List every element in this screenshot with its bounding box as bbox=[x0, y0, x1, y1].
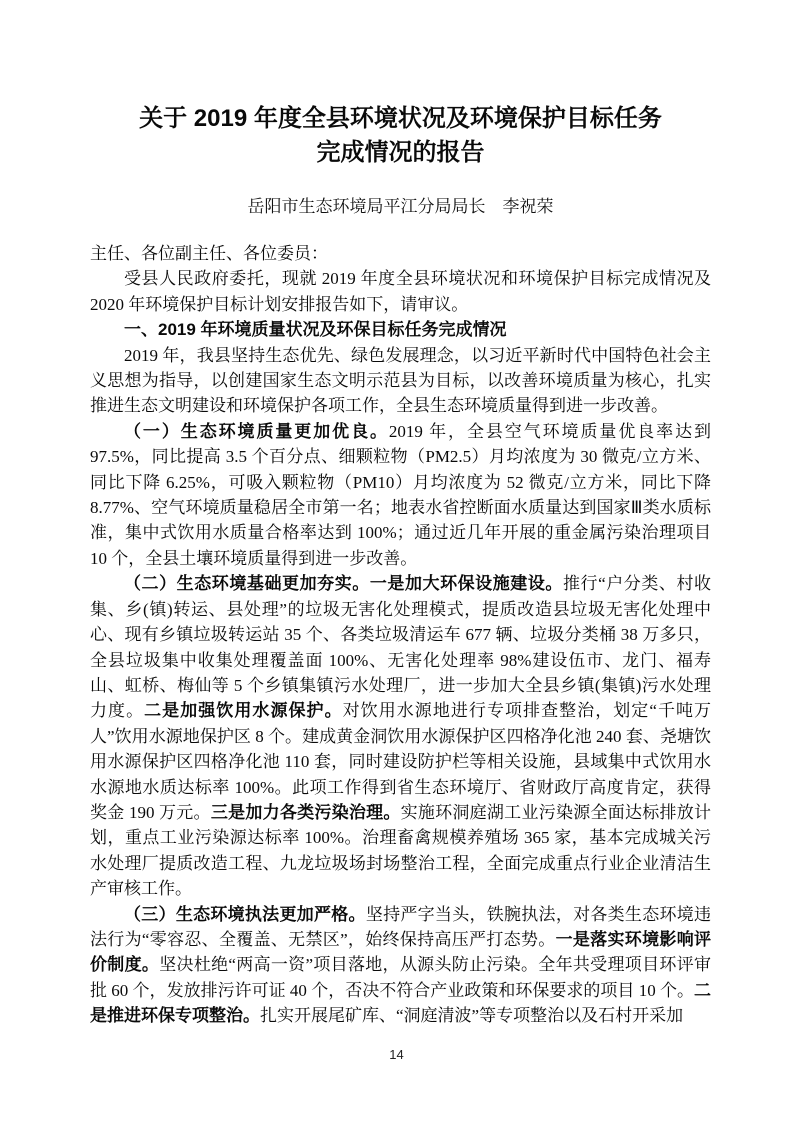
document-content: 关于 2019 年度全县环境状况及环境保护目标任务 完成情况的报告 岳阳市生态环… bbox=[90, 0, 711, 1029]
run-text: 推行“户分类、村收集、乡(镇)转运、县处理”的垃圾无害化处理模式，提质改造县垃圾… bbox=[90, 574, 711, 720]
run-bold: 三是加力各类污染治理。 bbox=[211, 803, 401, 822]
page-number: 14 bbox=[0, 1047, 793, 1062]
run-text: 坚决杜绝“两高一资”项目落地，从源头防止污染。全年共受理项目环评审批 60 个，… bbox=[90, 955, 711, 999]
paragraph-env-enforcement: （三）生态环境执法更加严格。坚持严字当头，铁腕执法，对各类生态环境违法行为“零容… bbox=[90, 902, 711, 1029]
document-body: 主任、各位副主任、各位委员： 受县人民政府委托，现就 2019 年度全县环境状况… bbox=[90, 241, 711, 1029]
paragraph-env-quality: （一）生态环境质量更加优良。2019 年，全县空气环境质量优良率达到 97.5%… bbox=[90, 419, 711, 571]
run-text: 2019 年，全县空气环境质量优良率达到 97.5%，同比提高 3.5 个百分点… bbox=[90, 422, 711, 568]
run-text: 扎实开展尾矿库、“洞庭清波”等专项整治以及石村开采加 bbox=[260, 1006, 683, 1025]
paragraph-env-foundation: （二）生态环境基础更加夯实。一是加大环保设施建设。推行“户分类、村收集、乡(镇)… bbox=[90, 571, 711, 901]
run-bold: （一）生态环境质量更加优良。 bbox=[124, 422, 389, 441]
salutation: 主任、各位副主任、各位委员： bbox=[90, 241, 711, 266]
paragraph-overview: 2019 年，我县坚持生态优先、绿色发展理念，以习近平新时代中国特色社会主义思想… bbox=[90, 343, 711, 419]
document-author: 岳阳市生态环境局平江分局局长 李祝荣 bbox=[90, 196, 711, 218]
run-bold: （二）生态环境基础更加夯实。一是加大环保设施建设。 bbox=[124, 574, 563, 593]
section-heading-1: 一、2019 年环境质量状况及环保目标任务完成情况 bbox=[90, 317, 711, 342]
document-page: 关于 2019 年度全县环境状况及环境保护目标任务 完成情况的报告 岳阳市生态环… bbox=[0, 0, 793, 1122]
run-bold: 二是加强饮用水源保护。 bbox=[144, 701, 342, 720]
intro-paragraph: 受县人民政府委托，现就 2019 年度全县环境状况和环境保护目标完成情况及 20… bbox=[90, 266, 711, 317]
document-title-line2: 完成情况的报告 bbox=[90, 136, 711, 170]
run-bold: （三）生态环境执法更加严格。 bbox=[124, 905, 366, 924]
document-title-line1: 关于 2019 年度全县环境状况及环境保护目标任务 bbox=[90, 102, 711, 136]
document-title: 关于 2019 年度全县环境状况及环境保护目标任务 完成情况的报告 bbox=[90, 102, 711, 170]
